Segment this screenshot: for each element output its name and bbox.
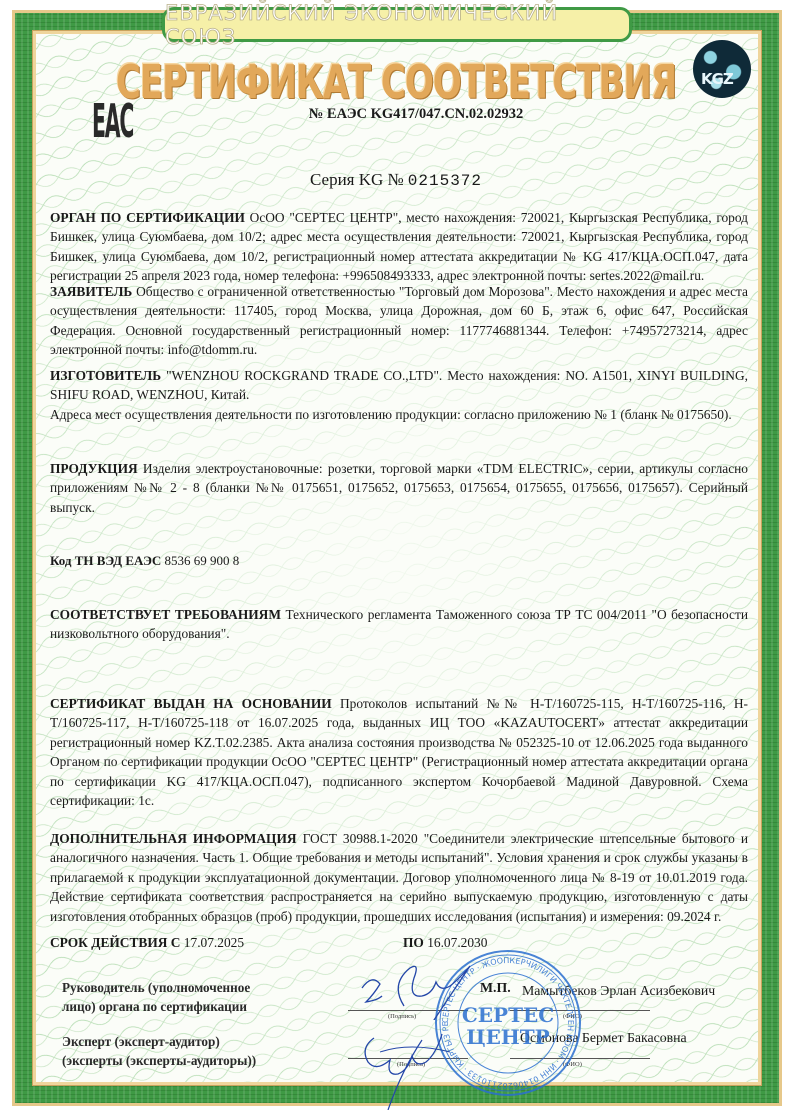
section-manufacturer: ИЗГОТОВИТЕЛЬ "WENZHOU ROCKGRAND TRADE CO…	[50, 366, 748, 424]
head-label-line1: Руководитель (уполномоченное	[62, 980, 250, 995]
section-heading: ПРОДУКЦИЯ	[50, 461, 138, 476]
section-applicant: ЗАЯВИТЕЛЬ Общество с ограниченной ответс…	[50, 282, 748, 360]
hologram-text: KGZ	[701, 70, 733, 88]
head-label-line2: лицо) органа по сертификации	[62, 999, 247, 1014]
section-conforms: СООТВЕТСТВУЕТ ТРЕБОВАНИЯМ Технического р…	[50, 605, 748, 644]
section-text: Изделия электроустановочные: розетки, то…	[50, 461, 748, 515]
section-text: Протоколов испытаний №№ Н-Т/160725-115, …	[50, 696, 748, 808]
section-heading: ЗАЯВИТЕЛЬ	[50, 284, 132, 299]
section-heading: ОРГАН ПО СЕРТИФИКАЦИИ	[50, 210, 245, 225]
hologram-sticker-icon: KGZ	[693, 40, 751, 98]
section-hs-code: Код ТН ВЭД ЕАЭС 8536 69 900 8	[50, 551, 748, 570]
expert-label-line2: (эксперты (эксперты-аудиторы))	[62, 1053, 256, 1068]
expert-signature-icon	[352, 1020, 482, 1110]
section-certification-body: ОРГАН ПО СЕРТИФИКАЦИИ ОсОО "СЕРТЕС ЦЕНТР…	[50, 208, 748, 286]
series-number: 0215372	[408, 172, 482, 190]
section-text: Общество с ограниченной ответственностью…	[50, 284, 748, 357]
expert-label-line1: Эксперт (эксперт-аудитор)	[62, 1034, 220, 1049]
section-heading: ИЗГОТОВИТЕЛЬ	[50, 368, 161, 383]
validity-from-label: СРОК ДЕЙСТВИЯ С	[50, 935, 180, 950]
section-basis: СЕРТИФИКАТ ВЫДАН НА ОСНОВАНИИ Протоколов…	[50, 694, 748, 810]
eaeu-banner: ЕВРАЗИЙСКИЙ ЭКОНОМИЧЕСКИЙ СОЮЗ	[162, 7, 632, 42]
section-heading: ДОПОЛНИТЕЛЬНАЯ ИНФОРМАЦИЯ	[50, 831, 297, 846]
head-signature-icon	[352, 960, 492, 1020]
series-line: Серия KG №0215372	[0, 170, 792, 190]
section-additional-info: ДОПОЛНИТЕЛЬНАЯ ИНФОРМАЦИЯ ГОСТ 30988.1-2…	[50, 829, 748, 926]
production-sites: Адреса мест осуществления деятельности п…	[50, 405, 748, 424]
validity-to-label: ПО	[403, 935, 424, 950]
section-heading: СООТВЕТСТВУЕТ ТРЕБОВАНИЯМ	[50, 607, 281, 622]
certificate-number: № ЕАЭС KG417/047.CN.02.02932	[0, 106, 792, 123]
head-label: Руководитель (уполномоченное лицо) орган…	[62, 978, 250, 1016]
validity-from-date: 17.07.2025	[180, 935, 244, 950]
expert-label: Эксперт (эксперт-аудитор) (эксперты (экс…	[62, 1032, 256, 1070]
union-name: ЕВРАЗИЙСКИЙ ЭКОНОМИЧЕСКИЙ СОЮЗ	[165, 1, 629, 49]
section-product: ПРОДУКЦИЯ Изделия электроустановочные: р…	[50, 459, 748, 517]
section-heading: СЕРТИФИКАТ ВЫДАН НА ОСНОВАНИИ	[50, 696, 332, 711]
series-label: Серия KG №	[310, 170, 404, 189]
hs-code-value: 8536 69 900 8	[161, 553, 239, 568]
section-heading: Код ТН ВЭД ЕАЭС	[50, 553, 161, 568]
validity-from: СРОК ДЕЙСТВИЯ С 17.07.2025	[50, 935, 244, 951]
